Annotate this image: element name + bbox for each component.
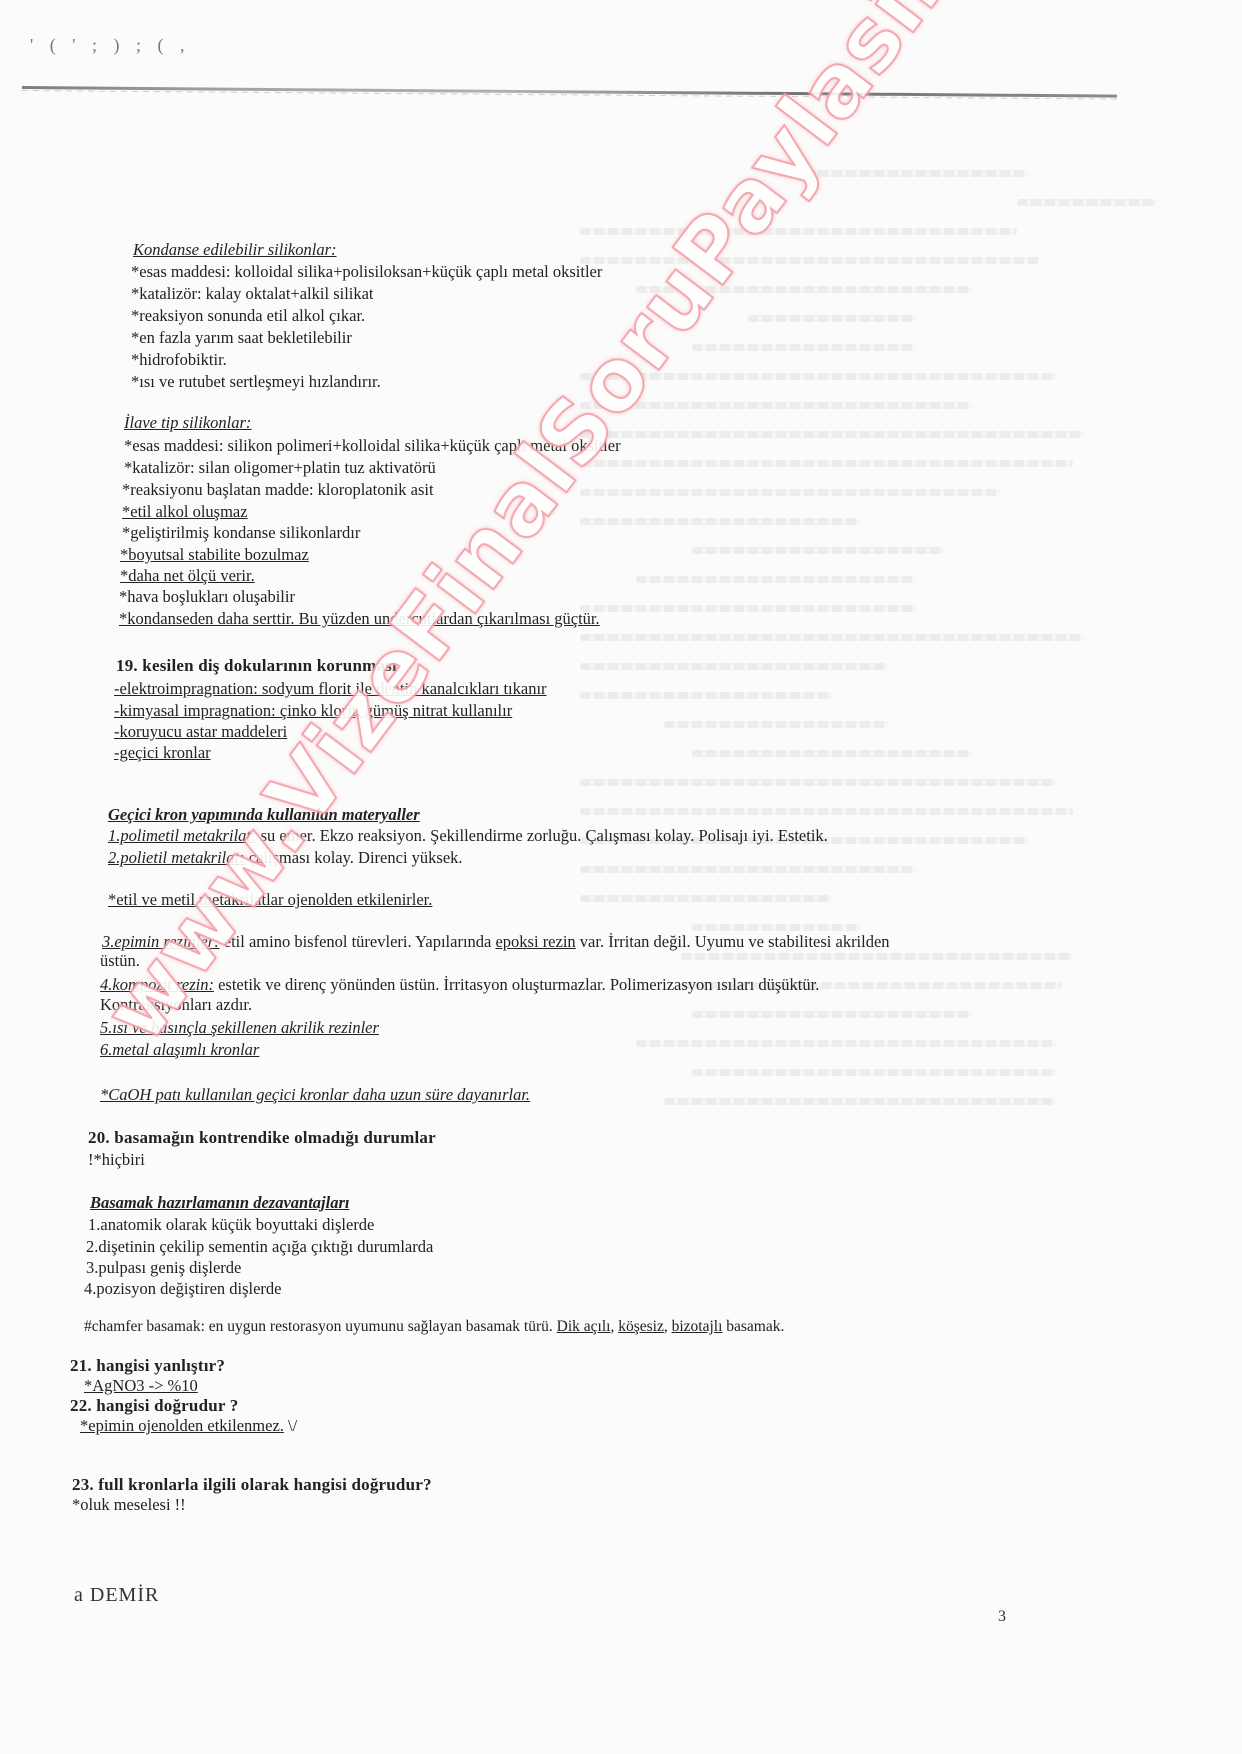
material-item: 4.kompozit rezin: estetik ve direnç yönü… (100, 975, 819, 995)
material-item: 6.metal alaşımlı kronlar (100, 1040, 259, 1060)
material-label: 4.kompozit rezin: (100, 975, 214, 994)
list-item: *esas maddesi: silikon polimeri+kolloida… (124, 436, 621, 456)
material-item: 1.polimetil metakrilat: su emer. Ekzo re… (108, 826, 828, 846)
list-item: *hava boşlukları oluşabilir (119, 587, 295, 607)
continuation: üstün. (100, 951, 140, 971)
note: *etil ve metil metakrilatlar ojenolden e… (108, 890, 432, 910)
list-item: *boyutsal stabilite bozulmaz (120, 545, 309, 565)
continuation: Kontraksiyonları azdır. (100, 995, 252, 1015)
list-item: 4.pozisyon değiştiren dişlerde (84, 1279, 282, 1299)
list-item: *katalizör: silan oligomer+platin tuz ak… (124, 458, 436, 478)
question-19: 19. kesilen diş dokularının korunması (116, 656, 397, 676)
answer: *AgNO3 -> %10 (84, 1376, 198, 1396)
list-item: *reaksiyon sonunda etil alkol çıkar. (131, 306, 365, 326)
list-item: *esas maddesi: kolloidal silika+polisilo… (131, 262, 602, 282)
material-label: 2.polietil metakrilat: (108, 848, 245, 867)
list-item: *etil alkol oluşmaz (122, 502, 248, 522)
list-item: *kondanseden daha serttir. Bu yüzden und… (119, 609, 600, 629)
list-item: *geliştirilmiş kondanse silikonlardır (122, 523, 360, 543)
list-item: 3.pulpası geniş dişlerde (86, 1258, 241, 1278)
list-item: 2.dişetinin çekilip sementin açığa çıktı… (86, 1237, 433, 1257)
header-rule (22, 86, 1117, 98)
answer: !*hiçbiri (88, 1150, 145, 1170)
list-item: *katalizör: kalay oktalat+alkil silikat (131, 284, 374, 304)
question-21: 21. hangisi yanlıştır? (70, 1356, 225, 1376)
note: *CaOH patı kullanılan geçici kronlar dah… (100, 1085, 530, 1105)
underlined-term: epoksi rezin (495, 932, 575, 951)
section-heading-kondanse: Kondanse edilebilir silikonlar: (133, 240, 337, 260)
list-item: -koruyucu astar maddeleri (114, 722, 287, 742)
author-name: a DEMİR (74, 1584, 159, 1607)
material-item: 5.ısı ve basınçla şekillenen akrilik rez… (100, 1018, 379, 1038)
scan-artifact-marks: ' ( ' ; ) ; ( , (30, 35, 190, 56)
list-item: *reaksiyonu başlatan madde: kloroplatoni… (122, 480, 434, 500)
material-item: 3.epimin rezinler: etil amino bisfenol t… (102, 932, 890, 952)
section-heading-ilave: İlave tip silikonlar: (124, 413, 251, 433)
scanned-page: ' ( ' ; ) ; ( , (0, 0, 1242, 1754)
answer: *oluk meselesi !! (72, 1495, 186, 1515)
list-item: *daha net ölçü verir. (120, 566, 255, 586)
list-item: -elektroimpragnation: sodyum florit ile … (114, 679, 547, 699)
question-20: 20. basamağın kontrendike olmadığı durum… (88, 1128, 436, 1148)
list-item: 1.anatomik olarak küçük boyuttaki dişler… (88, 1215, 374, 1235)
section-heading-dezavantaj: Basamak hazırlamanın dezavantajları (90, 1193, 349, 1213)
page-number: 3 (998, 1608, 1006, 1626)
material-label: 3.epimin rezinler: (102, 932, 220, 951)
material-item: 2.polietil metakrilat: çalışması kolay. … (108, 848, 463, 868)
answer: *epimin ojenolden etkilenmez. \/ (80, 1416, 297, 1436)
list-item: -geçici kronlar (114, 743, 211, 763)
chamfer-note: #chamfer basamak: en uygun restorasyon u… (84, 1317, 784, 1337)
check-mark-icon: \/ (288, 1416, 297, 1435)
question-23: 23. full kronlarla ilgili olarak hangisi… (72, 1475, 432, 1495)
material-text: su emer. Ekzo reaksiyon. Şekillendirme z… (256, 826, 827, 845)
list-item: *ısı ve rutubet sertleşmeyi hızlandırır. (131, 372, 381, 392)
question-22: 22. hangisi doğrudur ? (70, 1396, 238, 1416)
section-heading-gecici-kron: Geçici kron yapımında kullanılan materya… (108, 805, 420, 825)
material-label: 1.polimetil metakrilat: (108, 826, 256, 845)
list-item: -kimyasal impragnation: çinko klorit, gü… (114, 701, 512, 721)
material-text: çalışması kolay. Direnci yüksek. (245, 848, 463, 867)
list-item: *hidrofobiktir. (131, 350, 227, 370)
list-item: *en fazla yarım saat bekletilebilir (131, 328, 352, 348)
